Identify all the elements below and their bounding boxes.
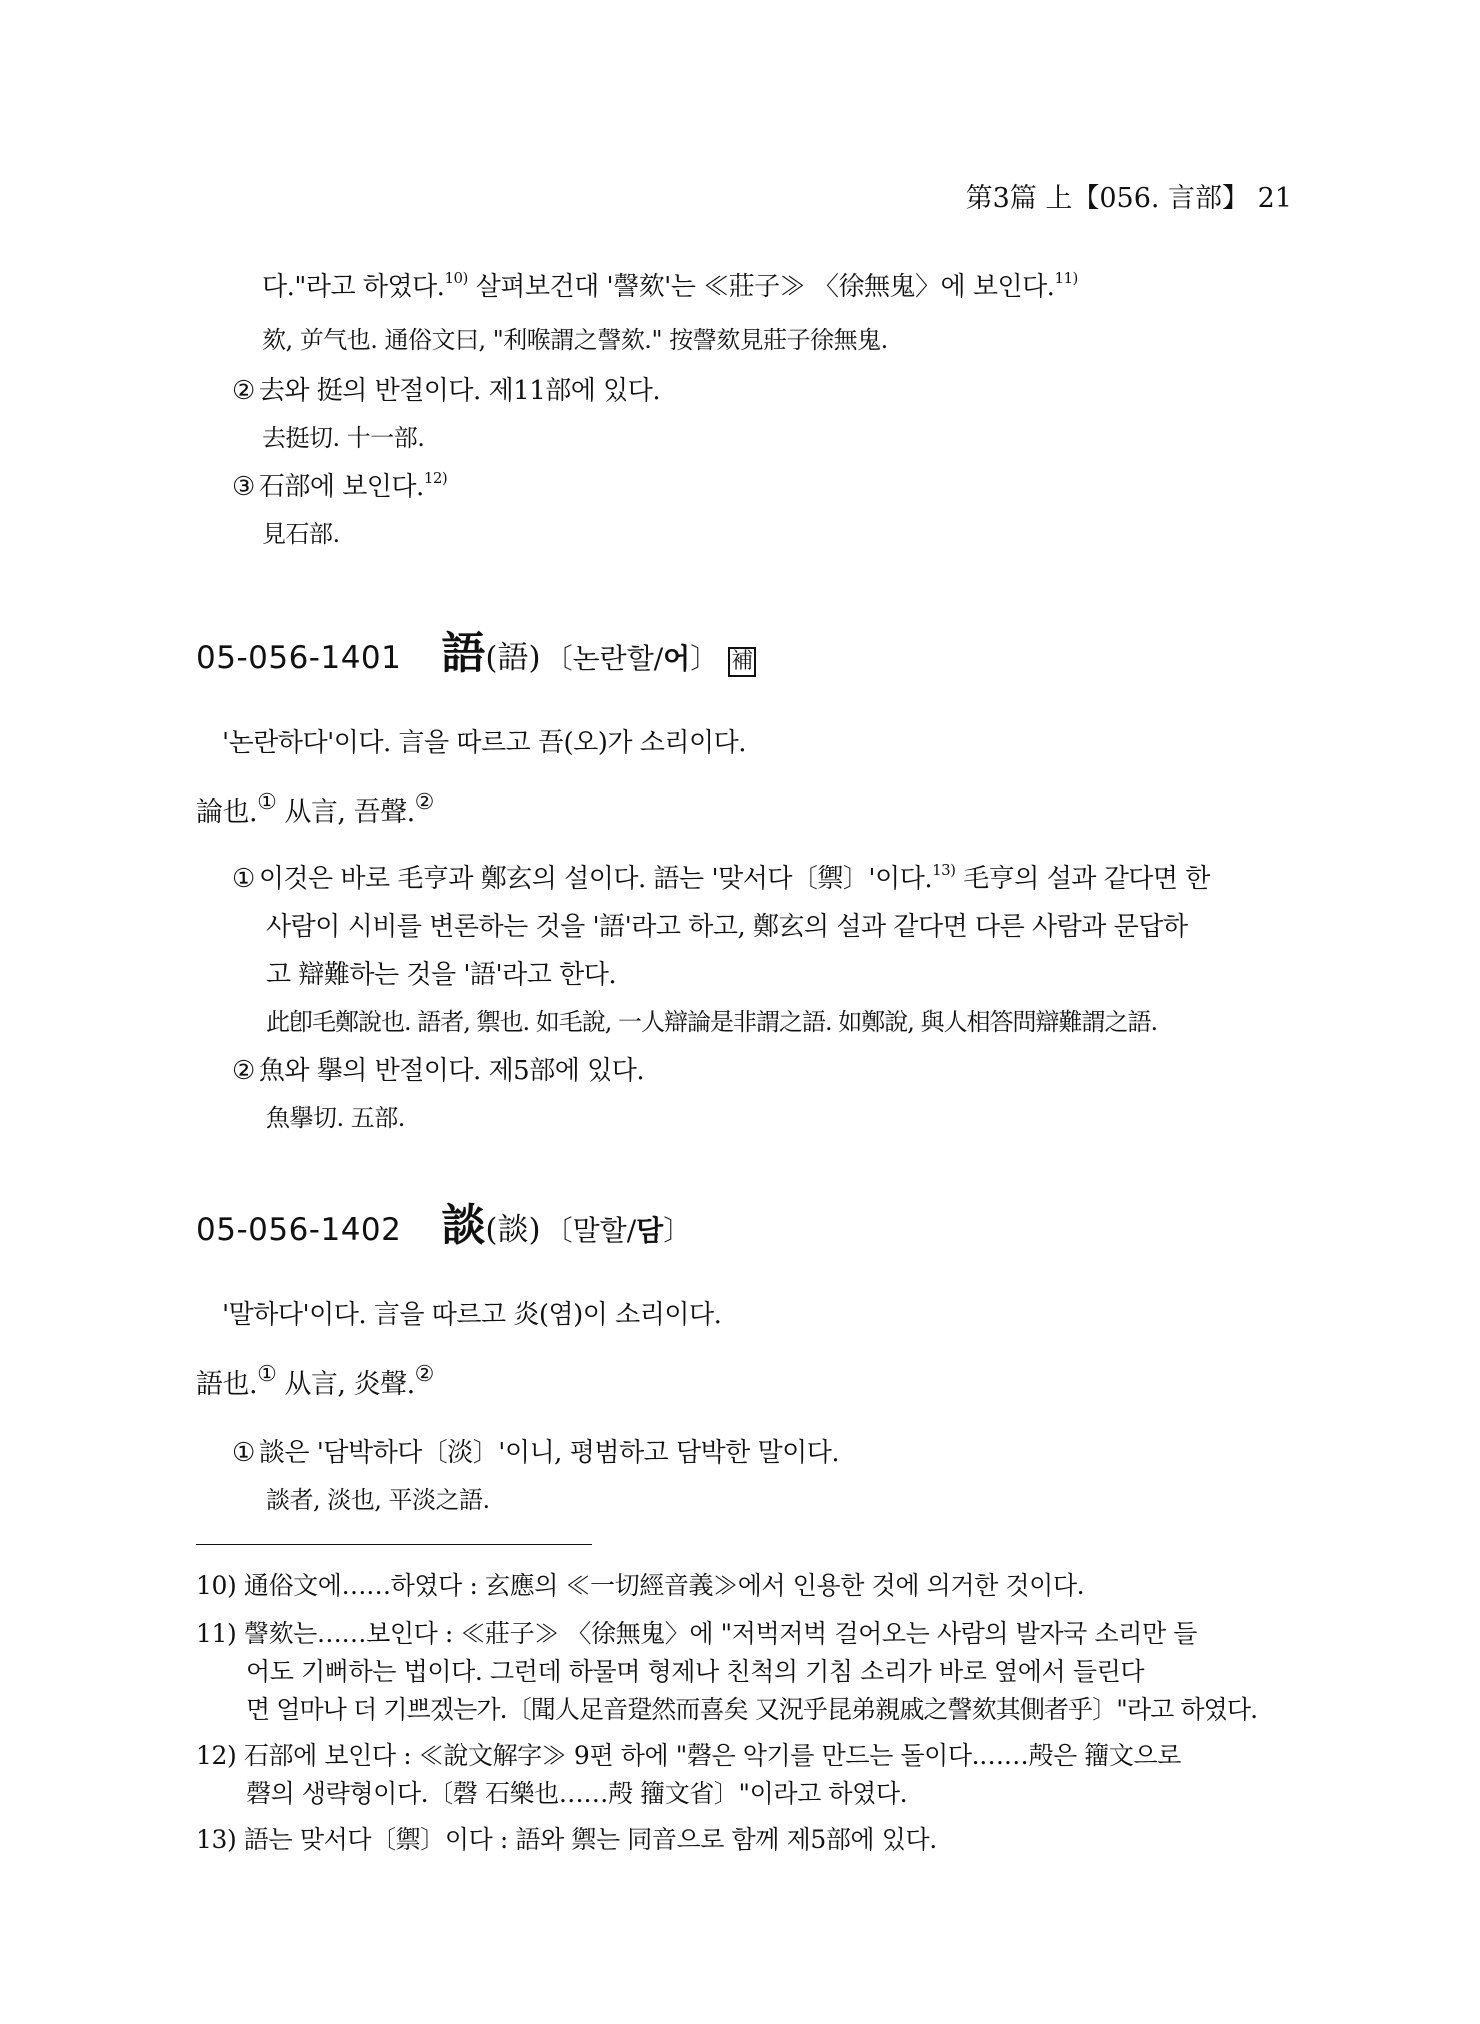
entry-1401-original: 論也.① 从言, 吾聲.② — [196, 790, 434, 829]
circled-number: ① — [232, 864, 255, 894]
text-span: 石部에 보인다. — [259, 472, 424, 502]
gloss-sound: 담 — [636, 1214, 663, 1247]
gloss-meaning: 〔논란할/ — [545, 642, 664, 675]
modern-char: (語) — [485, 632, 540, 677]
note-ref[interactable]: ① — [257, 790, 276, 815]
continuation-original-text: 欬, 屰气也. 通俗文曰, "利喉謂之謦欬." 按謦欬見莊子徐無鬼. — [262, 320, 888, 355]
footnote-text: 謦欬는……보인다 : ≪莊子≫ 〈徐無鬼〉에 "저벅저벅 걸어오는 사람의 발자… — [244, 1619, 1197, 1648]
entry-1401-note-2-korean: ②魚와 擧의 반절이다. 제5部에 있다. — [232, 1050, 644, 1087]
note-2-original: 去挺切. 十一部. — [262, 418, 424, 453]
seal-script-char: 談 — [441, 1204, 485, 1248]
entry-1402-original: 語也.① 从言, 炎聲.② — [196, 1362, 434, 1401]
footnote-11-line-2: 어도 기뻐하는 법이다. 그런데 하물며 형제나 친척의 기침 소리가 바로 옆… — [246, 1652, 1144, 1688]
seal-script-char: 語 — [441, 632, 485, 676]
footnote-ref[interactable]: 12) — [424, 469, 447, 487]
footnote-number: 12) — [196, 1741, 236, 1770]
text-span: 이것은 바로 毛亨과 鄭玄의 설이다. 語는 '맞서다〔禦〕'이다. — [259, 864, 932, 894]
footnote-number: 11) — [196, 1619, 236, 1648]
entry-heading-1402: 05-056-1402 談 (談) 〔말할/담〕 — [196, 1204, 691, 1249]
entry-1401-note-2-original: 魚擧切. 五部. — [266, 1098, 405, 1133]
footnote-ref[interactable]: 10) — [444, 269, 467, 287]
note-ref[interactable]: ② — [415, 790, 434, 815]
footnote-12-line-2: 磬의 생략형이다.〔磬 石樂也……殸 籒文省〕"이라고 하였다. — [246, 1774, 907, 1810]
text-span: 毛亨의 설과 같다면 한 — [956, 864, 1210, 894]
entry-1402-note-1-korean: ①談은 '담박하다〔淡〕'이니, 평범하고 담박한 말이다. — [232, 1432, 839, 1469]
footnote-ref[interactable]: 13) — [932, 861, 955, 879]
entry-code: 05-056-1401 — [196, 640, 401, 676]
gloss-meaning: 〔말할/ — [545, 1214, 637, 1247]
entry-code: 05-056-1402 — [196, 1212, 401, 1248]
note-3-original: 見石部. — [262, 514, 340, 549]
note-ref[interactable]: ① — [257, 1362, 276, 1387]
entry-1401-note-1-line-1: ①이것은 바로 毛亨과 鄭玄의 설이다. 語는 '맞서다〔禦〕'이다.13) 毛… — [232, 858, 1210, 895]
entry-1402-note-1-original: 談者, 淡也, 平淡之語. — [266, 1480, 490, 1515]
gloss-sound: 어 — [663, 642, 690, 675]
continuation-line-1: 다."라고 하였다.10) 살펴보건대 '謦欬'는 ≪莊子≫ 〈徐無鬼〉에 보인… — [262, 266, 1078, 303]
gloss: 〔말할/담〕 — [545, 1209, 692, 1249]
note-3-korean: ③石部에 보인다.12) — [232, 466, 447, 503]
supplement-badge: 補 — [728, 647, 756, 677]
text-span: 魚와 擧의 반절이다. 제5部에 있다. — [259, 1056, 644, 1086]
footnote-text: 石部에 보인다 : ≪說文解字≫ 9편 하에 "磬은 악기를 만드는 돌이다.…… — [244, 1741, 1181, 1770]
circled-number: ③ — [232, 472, 255, 502]
footnote-text: 通俗文에……하였다 : 玄應의 ≪一切經音義≫에서 인용한 것에 의거한 것이다… — [244, 1571, 1084, 1600]
entry-1401-note-1-original: 此卽毛鄭說也. 語者, 禦也. 如毛說, 一人辯論是非謂之語. 如鄭說, 與人相… — [266, 1002, 1157, 1037]
text-span: 从言, 炎聲. — [276, 1369, 414, 1400]
footnote-10: 10) 通俗文에……하였다 : 玄應의 ≪一切經音義≫에서 인용한 것에 의거한… — [196, 1566, 1084, 1602]
entry-1402-translation: '말하다'이다. 言을 따르고 炎(염)이 소리이다. — [222, 1294, 721, 1331]
gloss: 〔논란할/어〕 — [545, 637, 719, 677]
entry-heading-1401: 05-056-1401 語 (語) 〔논란할/어〕 補 — [196, 632, 756, 677]
footnote-13: 13) 語는 맞서다〔禦〕이다 : 語와 禦는 同音으로 함께 제5部에 있다. — [196, 1820, 937, 1856]
note-ref[interactable]: ② — [415, 1362, 434, 1387]
circled-number: ① — [232, 1438, 255, 1468]
text-span: 从言, 吾聲. — [276, 797, 414, 828]
gloss-close: 〕 — [663, 1214, 691, 1247]
modern-char: (談) — [485, 1204, 540, 1249]
footnote-number: 10) — [196, 1571, 236, 1600]
text-span: 살펴보건대 '謦欬'는 ≪莊子≫ 〈徐無鬼〉에 보인다. — [468, 272, 1055, 302]
text-span: 語也. — [196, 1369, 257, 1400]
text-span: 去와 挺의 반절이다. 제11部에 있다. — [259, 376, 660, 406]
page-header: 第3篇 上【056. 言部】 21 — [966, 176, 1292, 215]
footnote-11: 11) 謦欬는……보인다 : ≪莊子≫ 〈徐無鬼〉에 "저벅저벅 걸어오는 사람… — [196, 1614, 1197, 1650]
entry-1401-translation: '논란하다'이다. 言을 따르고 吾(오)가 소리이다. — [222, 722, 746, 759]
footnote-divider — [196, 1544, 592, 1545]
text-span: 談은 '담박하다〔淡〕'이니, 평범하고 담박한 말이다. — [259, 1438, 839, 1468]
footnote-11-line-3: 면 얼마나 더 기쁘겠는가.〔聞人足音跫然而喜矣 又況乎昆弟親戚之謦欬其側者乎〕… — [246, 1690, 1257, 1726]
entry-1401-note-1-line-2: 사람이 시비를 변론하는 것을 '語'라고 하고, 鄭玄의 설과 같다면 다른 … — [266, 906, 1187, 943]
text-span: 論也. — [196, 797, 257, 828]
circled-number: ② — [232, 1056, 255, 1086]
footnote-number: 13) — [196, 1825, 236, 1854]
footnote-12: 12) 石部에 보인다 : ≪說文解字≫ 9편 하에 "磬은 악기를 만드는 돌… — [196, 1736, 1181, 1772]
gloss-close: 〕 — [690, 642, 718, 675]
footnote-ref[interactable]: 11) — [1054, 269, 1077, 287]
note-2-korean: ②去와 挺의 반절이다. 제11部에 있다. — [232, 370, 660, 407]
circled-number: ② — [232, 376, 255, 406]
footnote-text: 語는 맞서다〔禦〕이다 : 語와 禦는 同音으로 함께 제5部에 있다. — [244, 1825, 937, 1854]
text-span: 다."라고 하였다. — [262, 272, 444, 302]
entry-1401-note-1-line-3: 고 辯難하는 것을 '語'라고 한다. — [266, 954, 616, 991]
